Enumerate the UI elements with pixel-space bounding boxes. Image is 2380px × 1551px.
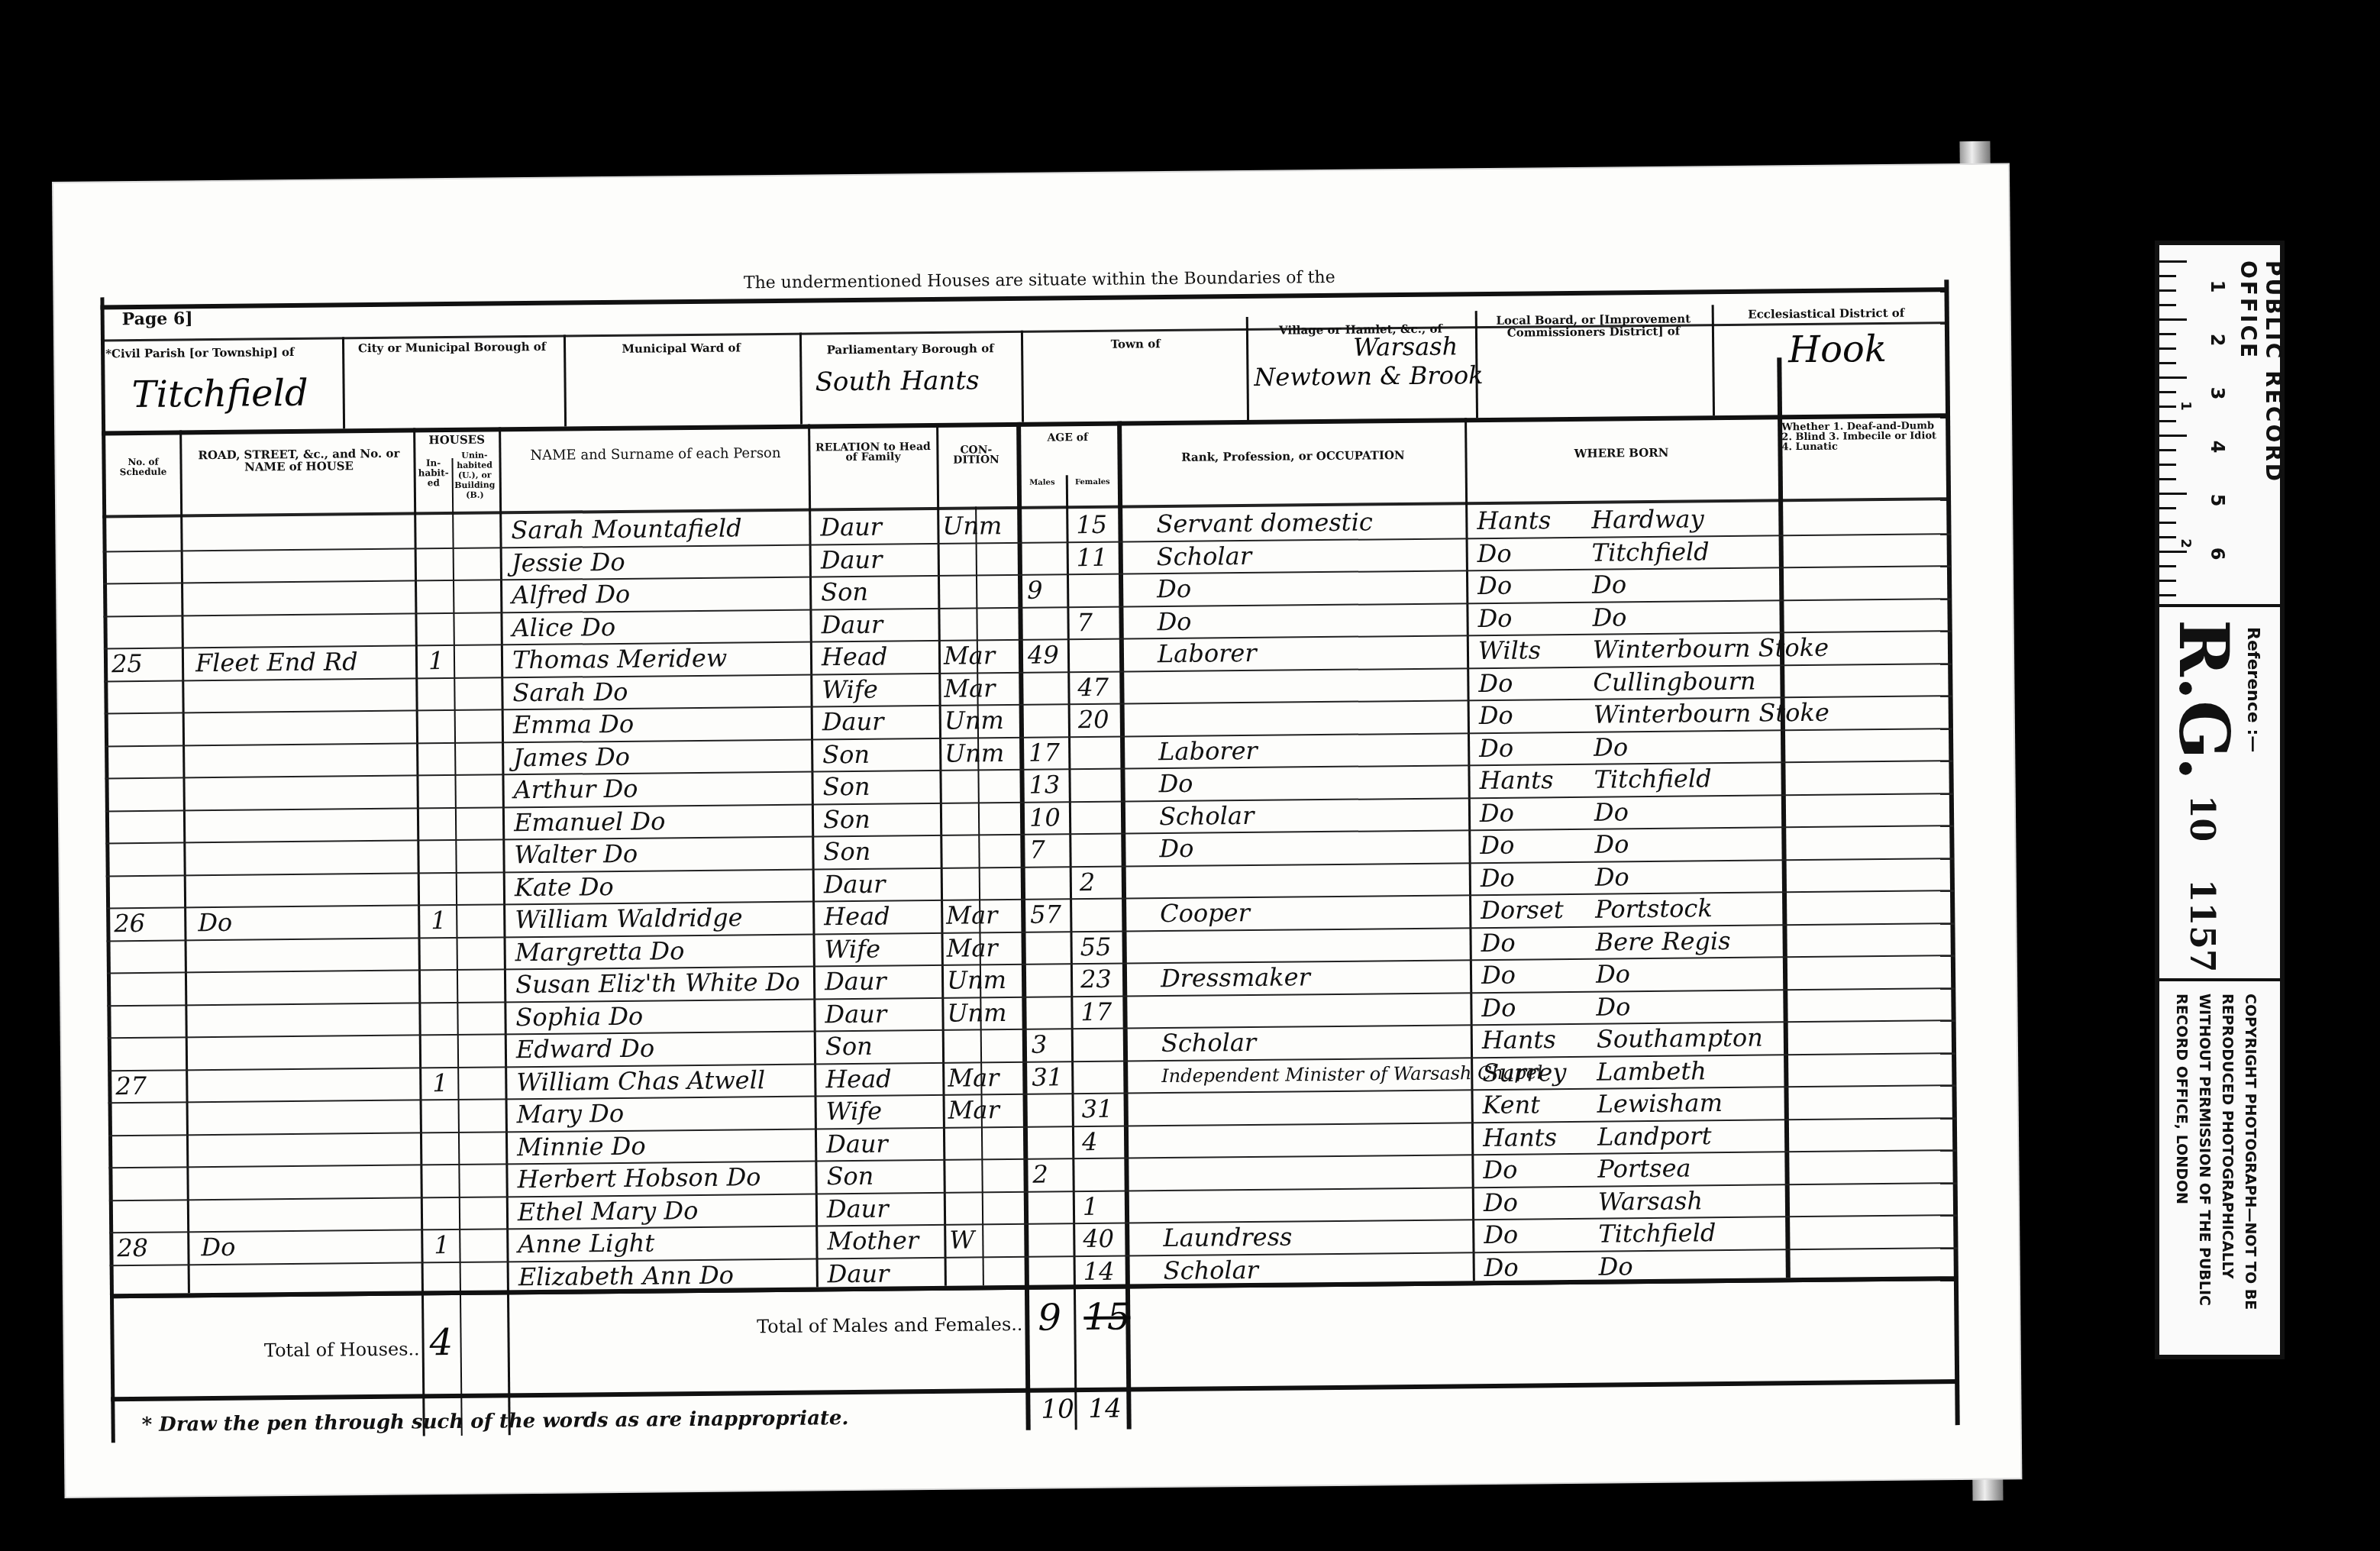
- row-condition: Mar: [946, 934, 997, 963]
- row-born-county: Do: [1481, 929, 1515, 957]
- row-name: Walter Do: [514, 840, 638, 870]
- males-tally: 10: [1041, 1394, 1074, 1424]
- row-born-county: Do: [1480, 832, 1514, 860]
- row-born-place: Hardway: [1591, 505, 1704, 534]
- row-born-county: Do: [1478, 669, 1513, 697]
- footnote: * Draw the pen through such of the words…: [141, 1407, 848, 1436]
- row-female-age: 47: [1077, 673, 1109, 701]
- row-name: Sarah Do: [512, 677, 628, 706]
- ruler-tick: [2159, 464, 2176, 466]
- col-infirmity: Whether 1. Deaf-and-Dumb 2. Blind 3. Imb…: [1781, 421, 1942, 452]
- row-name: Sarah Mountafield: [511, 514, 742, 544]
- row-born-place: Do: [1594, 830, 1629, 858]
- row-schedule: 26: [114, 910, 145, 938]
- row-schedule: 27: [115, 1071, 147, 1100]
- row-inhabited: 1: [428, 647, 444, 675]
- row-inhabited: 1: [432, 1069, 448, 1097]
- row-name: Arthur Do: [513, 775, 638, 805]
- ruler-number: 1: [2207, 280, 2228, 293]
- row-condition: Mar: [946, 901, 997, 930]
- row-occupation: Do: [1157, 607, 1191, 635]
- row-name: William Waldridge: [515, 903, 743, 934]
- census-form: The undermentioned Houses are situate wi…: [100, 280, 1959, 1443]
- census-page: The undermentioned Houses are situate wi…: [53, 164, 2020, 1496]
- total-houses-value: 4: [429, 1321, 453, 1364]
- row-born-place: Winterbourn Stoke: [1594, 699, 1829, 729]
- row-born-place: Southampton: [1597, 1024, 1763, 1054]
- ruler-tick: [2159, 391, 2176, 393]
- row-condition: Unm: [947, 966, 1006, 995]
- reference-strip: PUBLIC RECORD OFFICE 12345612 Reference …: [2155, 241, 2285, 1359]
- row-relation: Daur: [825, 968, 886, 997]
- row-relation: Mother: [827, 1226, 919, 1255]
- col-inhabited: In-habit-ed: [415, 458, 451, 488]
- row-relation: Daur: [824, 870, 886, 899]
- row-occupation: Do: [1159, 835, 1193, 863]
- ruler-tick: [2159, 449, 2176, 451]
- ruler-tick: [2159, 580, 2176, 582]
- civil-parish-label: *Civil Parish [or Township] of: [105, 345, 342, 360]
- row-born-county: Do: [1481, 864, 1515, 892]
- ruler-tick: [2159, 333, 2176, 335]
- row-occupation: Do: [1157, 575, 1191, 603]
- row-born-place: Titchfield: [1592, 538, 1710, 567]
- row-condition: Mar: [948, 1064, 999, 1093]
- row-born-county: Do: [1481, 961, 1516, 990]
- total-persons-label: Total of Males and Females..: [721, 1316, 1022, 1336]
- row-relation: Daur: [828, 1259, 890, 1288]
- rule: [2159, 604, 2280, 607]
- parliamentary-borough-value: South Hants: [815, 365, 979, 397]
- ruler: 12345612: [2159, 245, 2236, 604]
- row-born-county: Do: [1479, 734, 1513, 762]
- city-label: City or Municipal Borough of: [345, 341, 559, 355]
- row-name: James Do: [513, 742, 630, 771]
- row-male-age: 13: [1029, 771, 1060, 799]
- row-relation: Son: [821, 578, 868, 607]
- row-road: Do: [198, 909, 232, 937]
- row-born-county: Do: [1484, 1188, 1518, 1217]
- total-females-value: 15: [1083, 1296, 1131, 1339]
- row-name: Anne Light: [518, 1229, 654, 1259]
- row-born-place: Portstock: [1595, 894, 1713, 923]
- row-born-county: Do: [1484, 1221, 1518, 1249]
- row-occupation: Scholar: [1157, 541, 1252, 570]
- ruler-tick: [2159, 420, 2176, 422]
- col-houses: HOUSES: [415, 435, 499, 445]
- rule: [1021, 331, 1024, 422]
- row-born-county: Hants: [1477, 506, 1551, 535]
- local-board-label: Local Board, or [Improvement Commissione…: [1479, 312, 1708, 339]
- row-schedule: 25: [111, 650, 143, 678]
- row-born-place: Do: [1596, 993, 1630, 1021]
- col-road: ROAD, STREET, &c., and No. or NAME of HO…: [184, 447, 413, 473]
- row-inhabited: 1: [431, 906, 447, 935]
- row-relation: Wife: [826, 1097, 883, 1126]
- row-condition: W: [949, 1226, 974, 1254]
- row-born-county: Do: [1481, 994, 1516, 1022]
- col-condition: CON-DITION: [938, 445, 1014, 466]
- col-uninhabited: Unin-habited (U.), or Building (B.): [451, 450, 498, 500]
- ruler-tick: [2159, 376, 2187, 379]
- row-born-place: Titchfield: [1598, 1219, 1716, 1248]
- row-male-age: 10: [1029, 803, 1061, 832]
- ruler-tick: [2159, 289, 2176, 292]
- row-name: Minnie Do: [517, 1132, 646, 1162]
- row-relation: Wife: [822, 675, 878, 704]
- ecclesiastical-district-value: Hook: [1788, 328, 1887, 371]
- females-tally: 14: [1088, 1394, 1122, 1424]
- row-male-age: 17: [1029, 738, 1060, 767]
- row-female-age: 23: [1080, 965, 1112, 994]
- ruler-tick: [2159, 362, 2176, 364]
- row-occupation: Dressmaker: [1161, 963, 1310, 993]
- row-condition: Mar: [944, 674, 995, 703]
- row-male-age: 3: [1032, 1031, 1048, 1059]
- row-condition: Unm: [945, 706, 1004, 735]
- page-number: Page 6]: [122, 310, 193, 328]
- row-born-county: Kent: [1483, 1091, 1541, 1120]
- ruler-number: 3: [2207, 387, 2228, 400]
- row-condition: Mar: [948, 1096, 999, 1125]
- row-relation: Wife: [825, 935, 881, 964]
- ruler-tick: [2159, 594, 2176, 596]
- village-value-2: Newtown & Brook: [1254, 360, 1483, 392]
- row-name: Thomas Meridew: [512, 645, 728, 675]
- row-born-place: Landport: [1597, 1122, 1712, 1151]
- row-name: William Chas Atwell: [516, 1066, 765, 1097]
- ruler-tick: [2159, 260, 2187, 263]
- row-born-place: Do: [1592, 570, 1626, 599]
- copyright-notice: COPYRIGHT PHOTOGRAPH—NOT TO BE REPRODUCE…: [2170, 994, 2262, 1345]
- row-name: Jessie Do: [512, 548, 625, 577]
- ruler-number: 2: [2207, 334, 2228, 347]
- row-occupation: Scholar: [1164, 1255, 1259, 1284]
- row-inhabited: 1: [434, 1231, 450, 1259]
- col-schedule: No. of Schedule: [106, 457, 179, 477]
- row-name: Margretta Do: [515, 937, 685, 967]
- col-males: Males: [1019, 477, 1066, 488]
- ruler-tick: [2159, 522, 2176, 524]
- row-born-place: Do: [1594, 733, 1628, 761]
- rule: [102, 413, 1949, 435]
- row-relation: Daur: [825, 1000, 886, 1029]
- row-occupation: Scholar: [1161, 1029, 1257, 1058]
- ruler-tick: [2159, 275, 2176, 277]
- row-born-county: Do: [1480, 799, 1514, 827]
- ruler-tick: [2159, 551, 2187, 553]
- total-males-value: 9: [1038, 1296, 1061, 1339]
- rule: [1246, 317, 1249, 420]
- row-male-age: 7: [1029, 836, 1045, 864]
- rule: [111, 1379, 1959, 1401]
- col-females: Females: [1067, 477, 1118, 488]
- row-born-place: Do: [1592, 603, 1626, 632]
- rule: [799, 333, 802, 425]
- row-relation: Daur: [822, 708, 884, 737]
- row-born-county: Hants: [1482, 1026, 1556, 1055]
- reference-label: Reference :—: [2243, 627, 2262, 752]
- row-female-age: 14: [1083, 1257, 1115, 1285]
- village-value-1: Warsash: [1353, 331, 1458, 361]
- row-male-age: 9: [1027, 577, 1043, 605]
- row-female-age: 15: [1076, 511, 1107, 539]
- row-male-age: 49: [1028, 641, 1059, 669]
- row-born-county: Hants: [1479, 766, 1553, 795]
- row-occupation: Do: [1158, 770, 1193, 798]
- ruler-tick: [2159, 406, 2176, 408]
- ruler-tick: [2159, 435, 2187, 437]
- ruler-tick: [2159, 478, 2176, 480]
- row-name: Herbert Hobson Do: [517, 1163, 761, 1194]
- row-condition: Unm: [942, 512, 1002, 541]
- row-female-age: 2: [1080, 868, 1096, 896]
- town-label: Town of: [1025, 337, 1246, 351]
- row-born-place: Winterbourn Stoke: [1593, 634, 1829, 664]
- row-born-county: Surrey: [1482, 1058, 1566, 1087]
- row-relation: Daur: [826, 1129, 888, 1158]
- ruler-tick: [2159, 536, 2176, 538]
- ruler-tick: [2159, 565, 2176, 567]
- series-code: R.G.: [2163, 619, 2244, 780]
- col-relation: RELATION to Head of Family: [812, 442, 934, 464]
- col-occupation: Rank, Profession, or OCCUPATION: [1125, 448, 1461, 464]
- row-female-age: 7: [1077, 608, 1093, 636]
- row-occupation: Cooper: [1160, 899, 1250, 928]
- ecclesiastical-district-label: Ecclesiastical District of: [1716, 306, 1937, 321]
- row-relation: Son: [825, 1032, 873, 1061]
- row-born-county: Do: [1484, 1253, 1519, 1281]
- piece-class: 10: [2182, 795, 2221, 842]
- row-female-age: 11: [1077, 543, 1108, 571]
- row-relation: Daur: [821, 610, 883, 639]
- row-schedule: 28: [117, 1234, 148, 1262]
- row-relation: Son: [822, 773, 870, 802]
- row-female-age: 55: [1080, 932, 1111, 961]
- row-female-age: 40: [1083, 1225, 1114, 1253]
- ruler-number: 4: [2207, 441, 2228, 454]
- row-relation: Daur: [821, 545, 883, 574]
- total-houses-label: Total of Houses..: [202, 1340, 420, 1359]
- row-born-place: Cullingbourn: [1593, 667, 1756, 696]
- row-name: Mary Do: [517, 1100, 625, 1129]
- row-female-age: 17: [1080, 997, 1112, 1026]
- ruler-tick: [2159, 507, 2176, 509]
- ruler-tick: [2159, 493, 2187, 495]
- row-female-age: 1: [1083, 1192, 1099, 1220]
- row-male-age: 57: [1030, 900, 1061, 929]
- row-relation: Son: [822, 740, 870, 769]
- ruler-inch-mark: 2: [2178, 538, 2194, 548]
- row-born-county: Do: [1477, 572, 1512, 600]
- row-name: Ethel Mary Do: [518, 1196, 699, 1226]
- row-female-age: 20: [1078, 706, 1109, 734]
- row-relation: Head: [825, 1065, 892, 1094]
- ruler-tick: [2159, 318, 2187, 321]
- row-name: Susan Eliz'th White Do: [515, 968, 800, 1000]
- row-relation: Daur: [820, 513, 882, 542]
- row-born-county: Dorset: [1481, 896, 1564, 925]
- form-title: The undermentioned Houses are situate wi…: [696, 271, 1383, 290]
- row-relation: Head: [824, 903, 890, 932]
- row-condition: Unm: [947, 999, 1006, 1028]
- row-name: Elizabeth Ann Do: [518, 1261, 735, 1291]
- row-name: Emanuel Do: [514, 807, 666, 837]
- row-relation: Head: [822, 643, 888, 672]
- row-born-place: Lewisham: [1597, 1089, 1723, 1119]
- row-born-county: Do: [1477, 539, 1512, 567]
- ruler-number: 6: [2207, 548, 2228, 561]
- row-condition: Unm: [945, 739, 1004, 768]
- rule: [1712, 305, 1715, 415]
- ruler-number: 5: [2207, 494, 2228, 507]
- row-born-county: Wilts: [1478, 636, 1541, 665]
- row-born-place: Lambeth: [1597, 1057, 1707, 1086]
- row-road: Do: [201, 1233, 235, 1262]
- col-name: NAME and Surname of each Person: [502, 448, 808, 463]
- row-name: Emma Do: [513, 710, 635, 740]
- row-road: Fleet End Rd: [195, 648, 358, 677]
- row-born-place: Do: [1599, 1252, 1633, 1281]
- row-born-place: Do: [1596, 960, 1630, 988]
- row-name: Alfred Do: [512, 580, 630, 609]
- row-condition: Mar: [944, 641, 995, 670]
- row-name: Sophia Do: [515, 1002, 643, 1032]
- ruler-tick: [2159, 304, 2176, 306]
- row-born-place: Titchfield: [1594, 764, 1711, 793]
- row-born-place: Do: [1595, 863, 1629, 891]
- row-born-county: Do: [1483, 1156, 1517, 1184]
- row-relation: Son: [823, 838, 870, 867]
- row-born-county: Do: [1477, 604, 1512, 632]
- piece-number: 1157: [2182, 879, 2221, 972]
- row-female-age: 31: [1082, 1095, 1113, 1123]
- row-born-county: Hants: [1483, 1123, 1557, 1152]
- ruler-tick: [2159, 347, 2176, 350]
- col-age: AGE of: [1018, 433, 1117, 444]
- row-occupation: Laundress: [1163, 1223, 1292, 1252]
- row-occupation: Laborer: [1158, 639, 1257, 668]
- rule: [101, 287, 1949, 309]
- row-occupation: Servant domestic: [1156, 508, 1373, 538]
- row-born-place: Portsea: [1597, 1154, 1691, 1183]
- row-name: Kate Do: [515, 872, 614, 901]
- record-office-label: PUBLIC RECORD OFFICE: [2236, 260, 2286, 581]
- row-relation: Daur: [827, 1194, 889, 1223]
- row-occupation: Laborer: [1158, 736, 1258, 765]
- row-name: Edward Do: [516, 1034, 655, 1064]
- row-born-place: Do: [1594, 798, 1629, 826]
- row-female-age: 4: [1082, 1127, 1098, 1155]
- row-born-place: Warsash: [1598, 1187, 1703, 1216]
- ruler-inch-mark: 1: [2178, 401, 2194, 411]
- row-relation: Son: [826, 1162, 874, 1191]
- row-born-county: Do: [1479, 702, 1513, 730]
- row-occupation: Scholar: [1159, 801, 1255, 830]
- row-name: Alice Do: [512, 612, 615, 641]
- parliamentary-borough-label: Parliamentary Borough of: [803, 342, 1017, 357]
- row-male-age: 31: [1032, 1063, 1063, 1091]
- row-born-place: Bere Regis: [1595, 926, 1730, 956]
- row-relation: Son: [823, 805, 870, 834]
- civil-parish-value: Titchfield: [131, 372, 308, 416]
- ward-label: Municipal Ward of: [567, 341, 796, 356]
- rule: [2159, 978, 2280, 981]
- col-where-born: WHERE BORN: [1468, 445, 1774, 460]
- row-male-age: 2: [1032, 1161, 1048, 1189]
